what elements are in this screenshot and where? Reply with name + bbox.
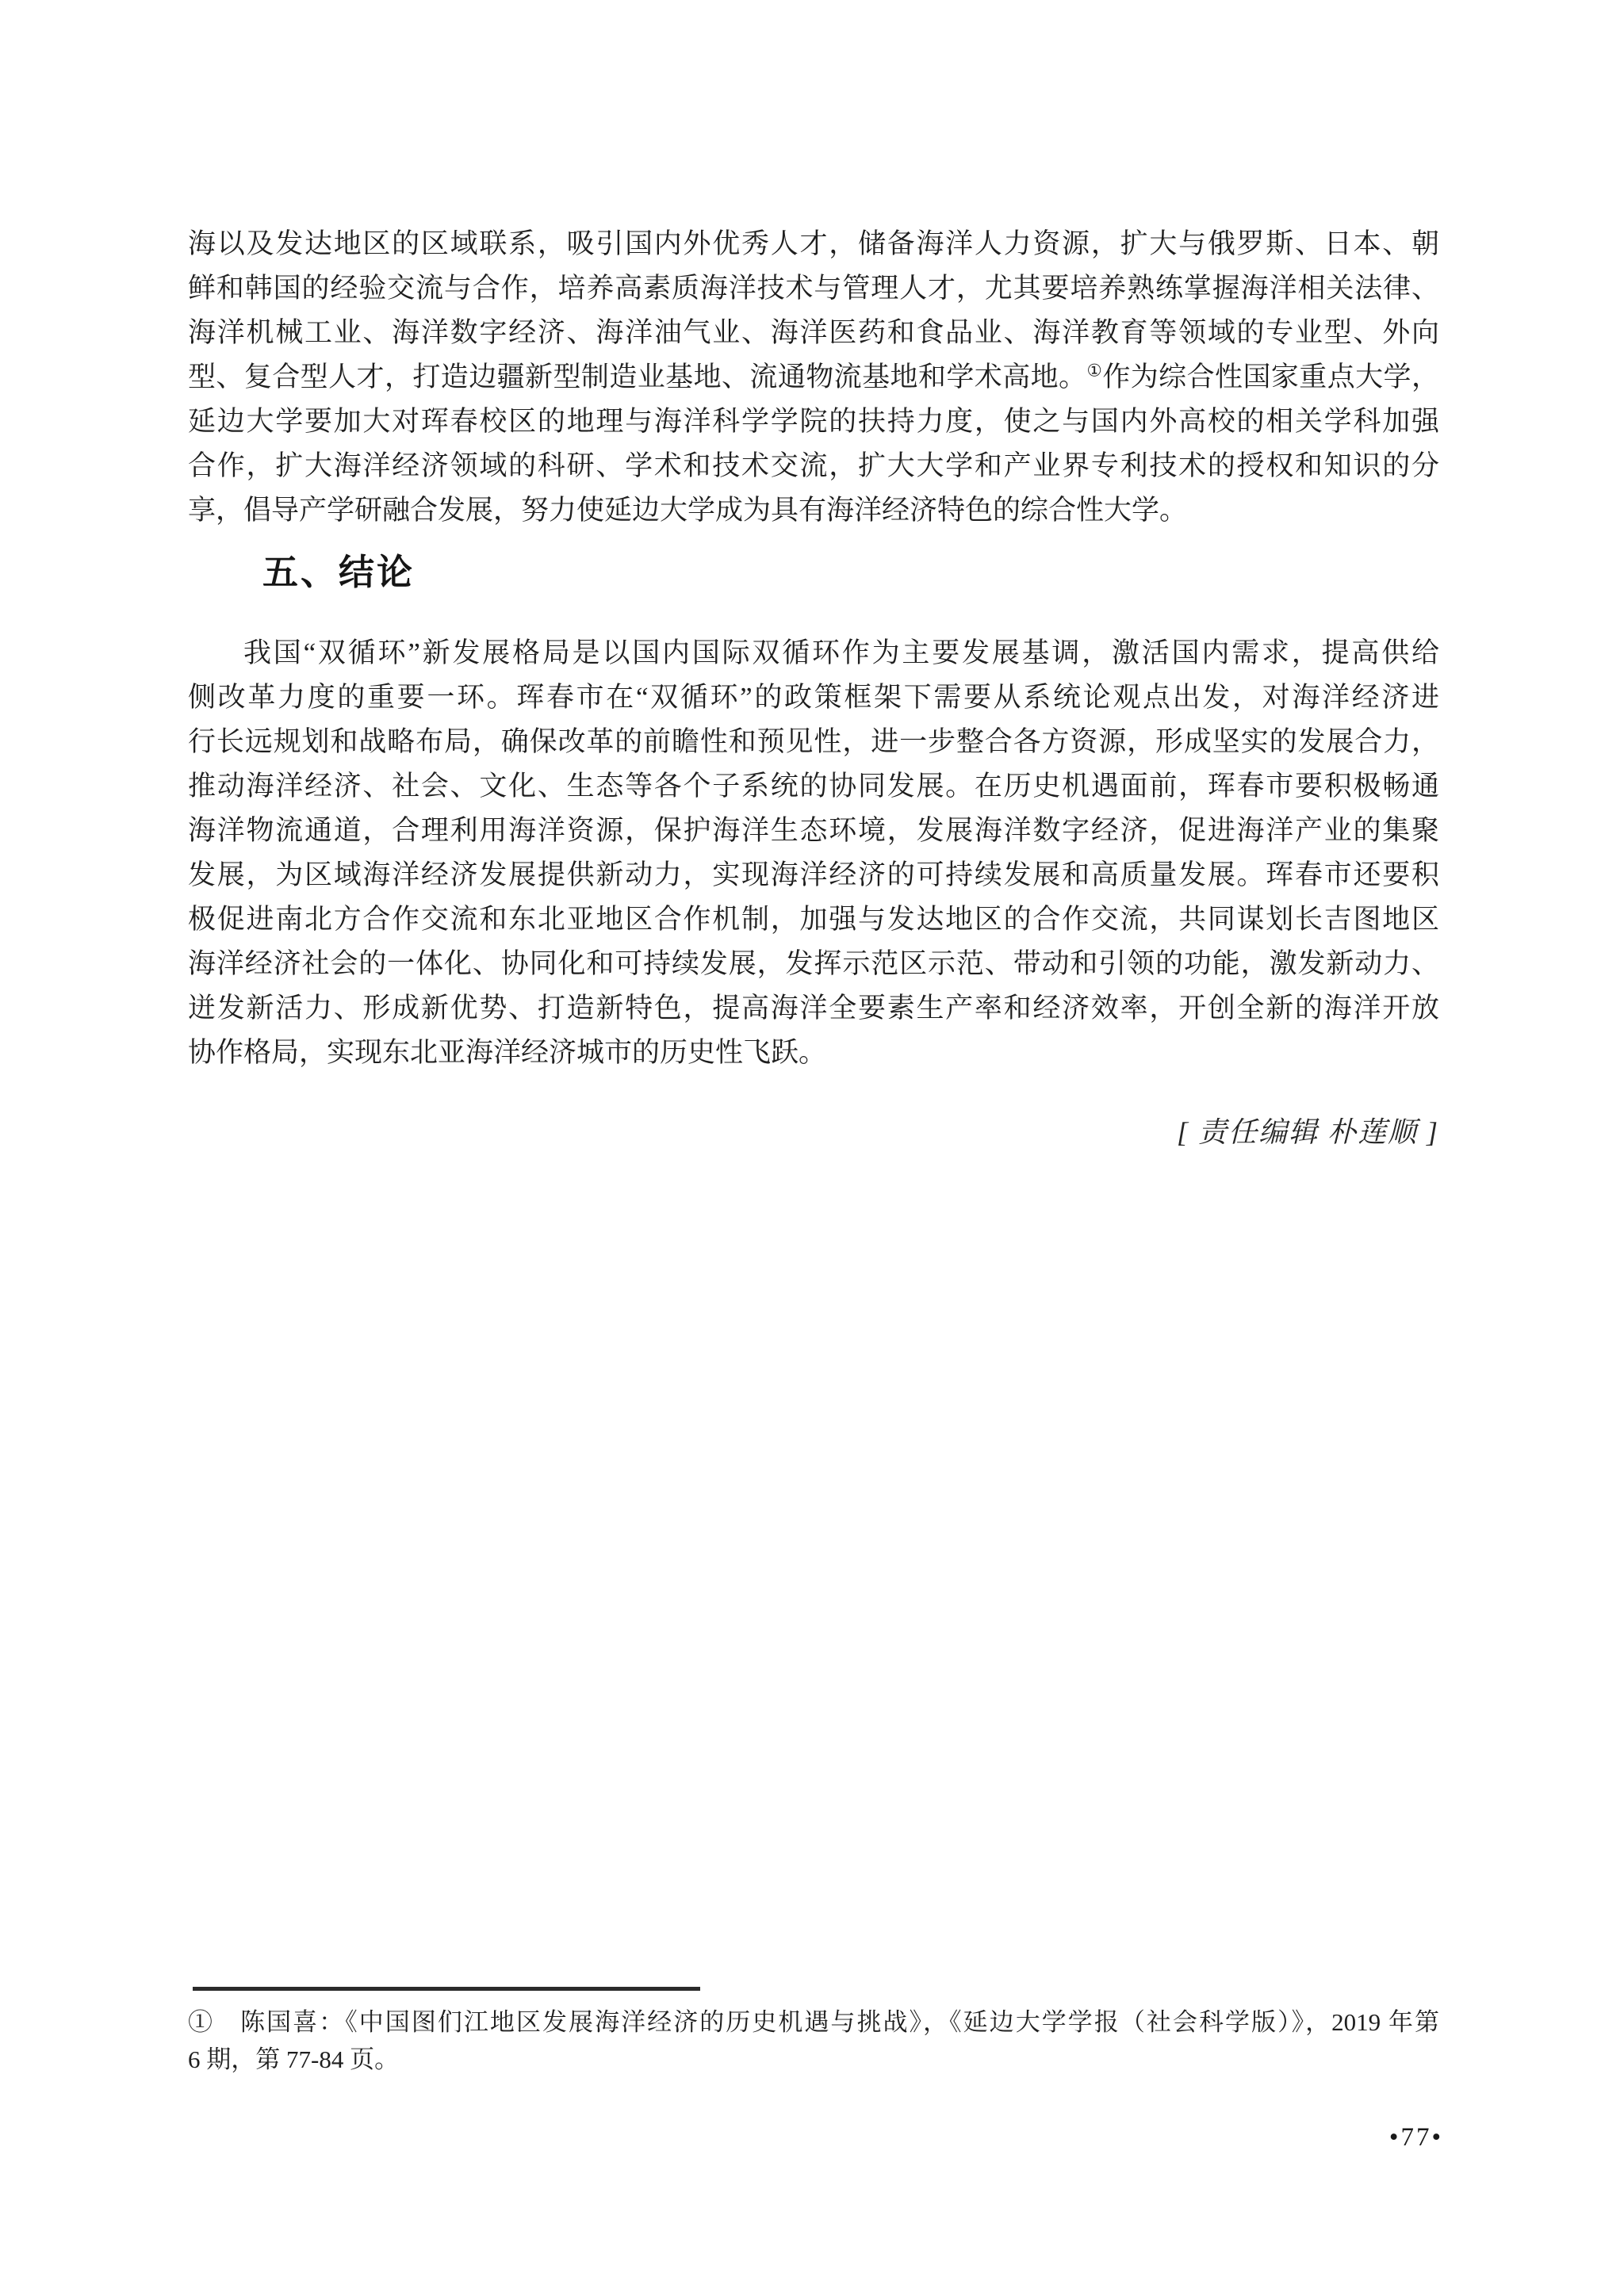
text-line: 行长远规划和战略布局，确保改革的前瞻性和预见性，进一步整合各方资源，形成坚实的发…: [188, 720, 1439, 764]
editor-credit: [ 责任编辑 朴莲顺 ]: [188, 1113, 1439, 1151]
text-line: 推动海洋经济、社会、文化、生态等各个子系统的协同发展。在历史机遇面前，珲春市要积…: [188, 764, 1439, 809]
text-line: 侧改革力度的重要一环。珲春市在“双循环”的政策框架下需要从系统论观点出发，对海洋…: [188, 675, 1439, 720]
paragraph-1: 海以及发达地区的区域联系，吸引国内外优秀人才，储备海洋人力资源，扩大与俄罗斯、日…: [188, 222, 1439, 533]
text-line: 型、复合型人才，打造边疆新型制造业基地、流通物流基地和学术高地。①作为综合性国家…: [188, 355, 1439, 400]
text-line: 海以及发达地区的区域联系，吸引国内外优秀人才，储备海洋人力资源，扩大与俄罗斯、日…: [188, 222, 1439, 266]
text-line: 迸发新活力、形成新优势、打造新特色，提高海洋全要素生产率和经济效率，开创全新的海…: [188, 986, 1439, 1031]
content-column: 海以及发达地区的区域联系，吸引国内外优秀人才，储备海洋人力资源，扩大与俄罗斯、日…: [188, 222, 1439, 1151]
text-line: 延边大学要加大对珲春校区的地理与海洋科学学院的扶持力度，使之与国内外高校的相关学…: [188, 400, 1439, 444]
journal-page: 海以及发达地区的区域联系，吸引国内外优秀人才，储备海洋人力资源，扩大与俄罗斯、日…: [0, 0, 1624, 2296]
footnote-line: 6 期，第 77-84 页。: [188, 2041, 1439, 2078]
text-line: 海洋经济社会的一体化、协同化和可持续发展，发挥示范区示范、带动和引领的功能，激发…: [188, 942, 1439, 986]
text-line: 鲜和韩国的经验交流与合作，培养高素质海洋技术与管理人才，尤其要培养熟练掌握海洋相…: [188, 266, 1439, 311]
page-number: •77•: [1389, 2122, 1443, 2153]
footnote: ① 陈国喜：《中国图们江地区发展海洋经济的历史机遇与挑战》，《延边大学学报（社会…: [188, 1987, 1439, 2078]
footnote-ref-marker: ①: [1086, 361, 1102, 380]
text-line: 海洋机械工业、海洋数字经济、海洋油气业、海洋医药和食品业、海洋教育等领域的专业型…: [188, 311, 1439, 355]
footnote-separator-rule: [193, 1987, 700, 1991]
footnote-text: ① 陈国喜：《中国图们江地区发展海洋经济的历史机遇与挑战》，《延边大学学报（社会…: [188, 2003, 1439, 2078]
paragraph-2: 我国“双循环”新发展格局是以国内国际双循环作为主要发展基调，激活国内需求，提高供…: [188, 631, 1439, 1075]
footnote-line: ① 陈国喜：《中国图们江地区发展海洋经济的历史机遇与挑战》，《延边大学学报（社会…: [188, 2003, 1439, 2041]
text-line: 发展，为区域海洋经济发展提供新动力，实现海洋经济的可持续发展和高质量发展。珲春市…: [188, 853, 1439, 897]
text-line: 协作格局，实现东北亚海洋经济城市的历史性飞跃。: [188, 1031, 1439, 1075]
text-line: 享，倡导产学研融合发展，努力使延边大学成为具有海洋经济特色的综合性大学。: [188, 488, 1439, 533]
text-line: 极促进南北方合作交流和东北亚地区合作机制，加强与发达地区的合作交流，共同谋划长吉…: [188, 897, 1439, 942]
section-heading: 五、结论: [188, 552, 1439, 593]
text-line: 海洋物流通道，合理利用海洋资源，保护海洋生态环境，发展海洋数字经济，促进海洋产业…: [188, 809, 1439, 853]
text-line: 合作，扩大海洋经济领域的科研、学术和技术交流，扩大大学和产业界专利技术的授权和知…: [188, 444, 1439, 488]
text-line: 我国“双循环”新发展格局是以国内国际双循环作为主要发展基调，激活国内需求，提高供…: [188, 631, 1439, 675]
